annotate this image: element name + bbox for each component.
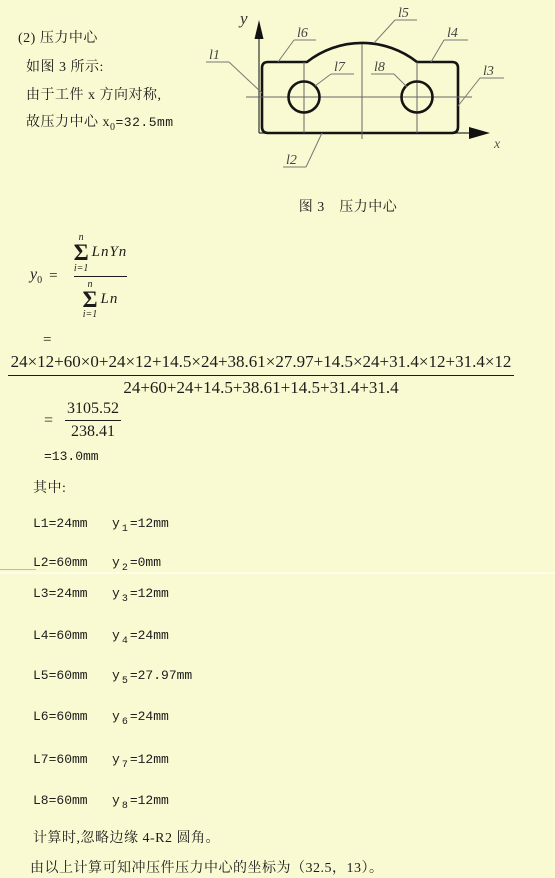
value-row-5: L5=60mmy5=27.97mm [33, 668, 192, 687]
sigma-symbol: Σ [83, 290, 98, 310]
y-value: y5=27.97mm [112, 668, 192, 683]
y-value: y8=12mm [112, 793, 169, 808]
formula-main: y0 = n Σ i=1 LnYn n Σ i=1 Ln [30, 230, 136, 322]
formula-lhs-sub: 0 [37, 275, 42, 286]
y-value: y7=12mm [112, 752, 169, 767]
value-row-8: L8=60mmy8=12mm [33, 793, 169, 812]
summation-icon: n Σ i=1 [83, 279, 98, 321]
y-value: y3=12mm [112, 586, 169, 601]
formula-equals: = [49, 268, 57, 285]
intro-line-4-value: =32.5mm [116, 115, 174, 130]
numerator-term: LnYn [89, 244, 128, 261]
leader-labels: l1 l2 l3 l4 l5 l6 l7 l8 [209, 6, 494, 168]
y-axis-arrow-icon [255, 20, 264, 39]
value-row-3: L3=24mmy3=12mm [33, 586, 169, 605]
sum-lower-limit: i=1 [83, 309, 98, 320]
x-axis-arrow-icon [469, 127, 490, 139]
label-l2: l2 [286, 153, 297, 168]
y-axis-label: y [238, 9, 248, 28]
label-l8: l8 [374, 60, 385, 75]
l-value: L2=60mm [33, 555, 112, 570]
value-row-1: L1=24mmy1=12mm [33, 516, 169, 535]
label-l7: l7 [334, 60, 346, 75]
figure-caption: 图 3 压力中心 [198, 196, 498, 216]
label-l6: l6 [297, 26, 308, 41]
expanded-numerator: 24×12+60×0+24×12+14.5×24+38.61×27.97+14.… [8, 352, 514, 375]
intro-line-1: (2) 压力中心 [18, 27, 98, 47]
page-break-divider-light [0, 572, 555, 574]
label-l1: l1 [209, 48, 220, 63]
intro-line-3: 由于工件 x 方向对称, [26, 84, 162, 104]
label-l4: l4 [447, 26, 458, 41]
result-value: =13.0mm [44, 449, 99, 464]
result-numerator: 3105.52 [61, 400, 125, 420]
l-value: L8=60mm [33, 793, 112, 808]
l-value: L3=24mm [33, 586, 112, 601]
sum-lower-limit: i=1 [74, 263, 89, 274]
page-break-divider [0, 569, 36, 570]
formula-denominator: n Σ i=1 Ln [74, 276, 128, 323]
expanded-denominator: 24+60+24+14.5+38.61+14.5+31.4+31.4 [8, 375, 514, 398]
value-row-6: L6=60mmy6=24mm [33, 709, 169, 728]
l-value: L1=24mm [33, 516, 112, 531]
y-value: y2=0mm [112, 555, 161, 570]
y-value: y6=24mm [112, 709, 169, 724]
y-value: y4=24mm [112, 628, 169, 643]
equals-sign-2: = [43, 332, 51, 349]
formula-lhs: y0 [30, 266, 42, 286]
x-axis-label: x [493, 137, 501, 152]
result-denominator: 238.41 [65, 420, 121, 441]
document-page: (2) 压力中心 如图 3 所示: 由于工件 x 方向对称, 故压力中心 x0=… [0, 0, 555, 878]
value-row-4: L4=60mmy4=24mm [33, 628, 169, 647]
value-row-7: L7=60mmy7=12mm [33, 752, 169, 771]
intro-line-4: 故压力中心 x0=32.5mm [26, 111, 174, 133]
l-value: L5=60mm [33, 668, 112, 683]
expanded-fraction: 24×12+60×0+24×12+14.5×24+38.61×27.97+14.… [8, 352, 514, 398]
where-label: 其中: [33, 477, 66, 497]
result-fraction: 3105.52 238.41 [61, 400, 125, 441]
y-value: y1=12mm [112, 516, 169, 531]
label-l5: l5 [398, 6, 409, 21]
result-fraction-row: = 3105.52 238.41 [44, 400, 125, 441]
label-l3: l3 [483, 64, 494, 79]
equals-sign-3: = [44, 412, 53, 430]
value-row-2: L2=60mmy2=0mm [33, 555, 161, 574]
formula-numerator: n Σ i=1 LnYn [65, 230, 137, 276]
denominator-term: Ln [98, 291, 119, 308]
l-value: L7=60mm [33, 752, 112, 767]
sigma-symbol: Σ [74, 243, 89, 263]
formula-fraction: n Σ i=1 LnYn n Σ i=1 Ln [65, 230, 137, 322]
intro-line-2: 如图 3 所示: [26, 56, 104, 76]
note-line-2: 由以上计算可知冲压件压力中心的坐标为（32.5，13）。 [30, 857, 384, 877]
summation-icon: n Σ i=1 [74, 232, 89, 274]
pressure-center-diagram: y x l1 l2 l3 [198, 2, 548, 192]
l-value: L6=60mm [33, 709, 112, 724]
intro-line-4-text: 故压力中心 x [26, 115, 110, 130]
l-value: L4=60mm [33, 628, 112, 643]
note-line-1: 计算时,忽略边缘 4-R2 圆角。 [33, 827, 220, 847]
